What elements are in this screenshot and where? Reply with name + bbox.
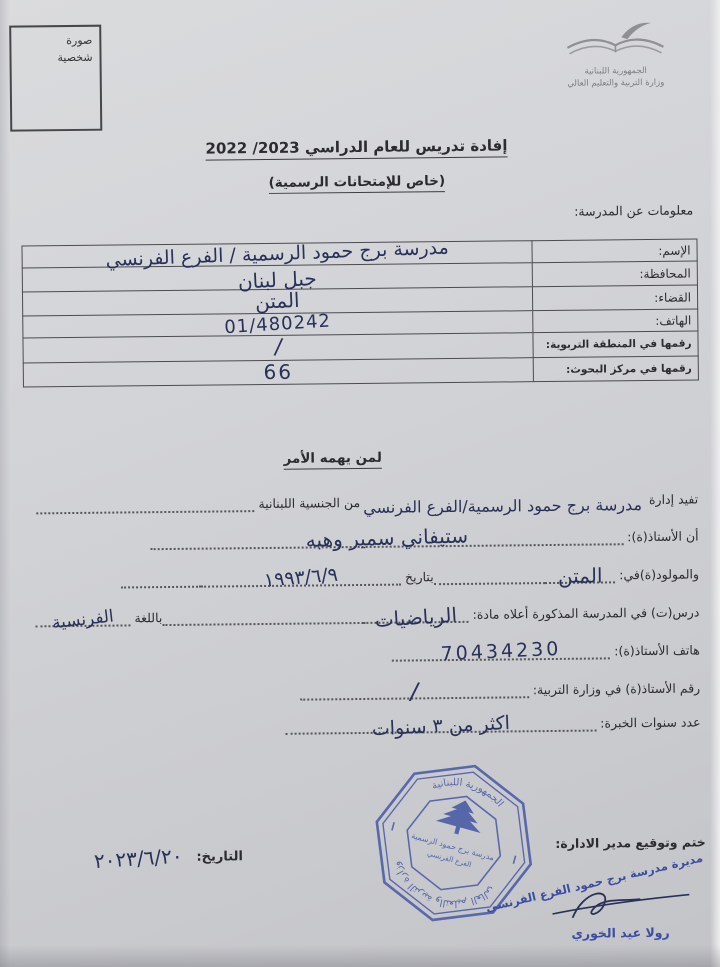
- document-sheet: صورة شخصية الجمهورية اللبنانية وزارة الت…: [0, 0, 720, 967]
- row-label: رقمها في المنطقة التربوية:: [533, 331, 698, 358]
- dotted-leader: [434, 578, 546, 585]
- handwritten-teacher-name: ستيفاني سمير وهبه: [150, 521, 623, 554]
- handwritten-school-phone: 01/480242: [224, 313, 332, 338]
- row-label: القضاء:: [532, 285, 697, 311]
- dotted-leader: ستيفاني سمير وهبه: [151, 539, 624, 550]
- handwritten-date: ٢٠٢٣/٦/٢٠: [93, 846, 183, 872]
- ministry-name-line2: وزارة التربية والتعليم العالي: [526, 77, 706, 91]
- open-book-icon: [559, 17, 671, 62]
- handwritten-birthdate: ١٩٩٣/٦/٩: [201, 561, 402, 596]
- dotted-leader: الرياضيات: [364, 617, 469, 624]
- stamp-tick-right: [513, 856, 515, 864]
- cedar-tree-icon: [434, 794, 488, 840]
- statement-line-teacher-phone: هاتف الأستاذ(ة): 70434230: [392, 634, 700, 661]
- statement-line-school: تفيد إدارة مدرسة برج حمود الرسمية/الفرع …: [36, 483, 698, 514]
- dotted-leader: اكثر من ٣ سنوات: [286, 726, 597, 735]
- concern-heading: لمن يهمه الأمر: [133, 448, 533, 468]
- row-label: رقمها في مركز البحوث:: [533, 356, 698, 382]
- school-octagon-stamp: مدرسة برج حمود الرسمية الفرع الفرنسي الج…: [350, 740, 557, 947]
- personal-photo-caption: صورة شخصية: [11, 27, 99, 72]
- handwritten-language: الفرنسية: [35, 607, 131, 635]
- stamp-tick-left: [392, 822, 394, 830]
- statement-line-experience: عدد سنوات الخبرة: اكثر من ٣ سنوات: [285, 706, 700, 734]
- handwritten-experience-years: اكثر من ٣ سنوات: [285, 710, 596, 743]
- handwritten-subject: الرياضيات: [363, 604, 469, 631]
- ministry-logo: الجمهورية اللبنانية وزارة التربية والتعل…: [525, 16, 706, 91]
- handwritten-birthplace: المتن: [545, 565, 615, 586]
- statement-line-teacher-name: أن الأستاذ(ة): ستيفاني سمير وهبه: [150, 520, 698, 550]
- row-label: الإسم:: [532, 239, 697, 263]
- date-line: التاريخ: ٢٠٢٣/٦/٢٠: [18, 847, 243, 869]
- director-signature-label: ختم وتوقيع مدير الادارة:: [555, 834, 706, 851]
- document-title: إفادة تدريس للعام الدراسي 2023/ 2022: [126, 136, 586, 159]
- dotted-leader: الفرنسية: [35, 620, 130, 627]
- dotted-leader: المتن: [545, 577, 615, 584]
- dotted-leader: [36, 506, 254, 514]
- personal-photo-box: صورة شخصية: [9, 25, 102, 132]
- school-info-section-label: معلومات عن المدرسة:: [574, 202, 693, 218]
- director-signature: [544, 885, 694, 932]
- scanned-teaching-certificate: { "colors": {"ink": "#2a3158", "stamp_bl…: [0, 0, 720, 967]
- statement-line-ministry-number: رقم الأستاذ(ة) في وزارة التربية: /: [300, 672, 700, 700]
- school-info-table: الإسم: مدرسة برج حمود الرسمية / الفرع ال…: [21, 238, 698, 387]
- date-label: التاريخ:: [192, 849, 243, 866]
- row-label: الهاتف:: [533, 309, 698, 333]
- statement-line-birth: والمولود(ة)في: المتن بتاريخ ١٩٩٣/٦/٩: [121, 558, 699, 588]
- handwritten-school-name-inline: مدرسة برج حمود الرسمية/الفرع الفرنسي: [363, 497, 642, 516]
- handwritten-region-number: /: [273, 336, 283, 359]
- dotted-leader: 70434230: [392, 653, 611, 661]
- dotted-leader: /: [300, 692, 529, 700]
- document-subtitle: (خاص للإمتحانات الرسمية): [127, 172, 587, 193]
- row-label: المحافظة:: [532, 261, 697, 287]
- handwritten-district: المتن: [255, 290, 300, 312]
- statement-line-subject: درس(ت) في المدرسة المذكورة أعلاه مادة: ا…: [35, 596, 699, 627]
- dotted-leader: [121, 582, 201, 589]
- handwritten-research-number: 66: [263, 362, 293, 382]
- director-name: رولا عيد الخوري: [571, 925, 669, 941]
- dotted-leader: ١٩٩٣/٦/٩: [201, 580, 401, 588]
- handwritten-teacher-phone: 70434230: [391, 638, 610, 667]
- dotted-leader: [162, 618, 363, 626]
